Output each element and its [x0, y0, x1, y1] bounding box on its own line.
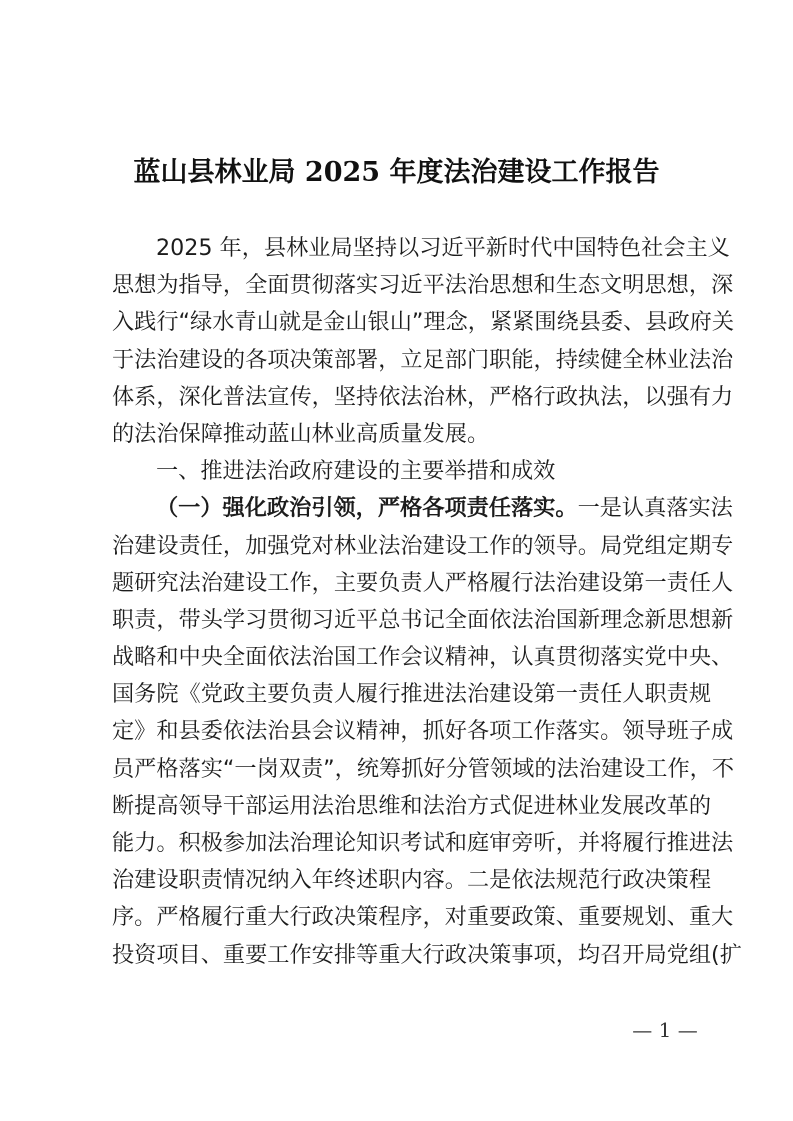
body-line: 国务院《党政主要负责人履行推进法治建设第一责任人职责规 — [112, 676, 692, 713]
subsection-heading: （一）强化政治引领，严格各项责任落实。 — [156, 495, 578, 521]
subsection-first-line-rest: 一是认真落实法 — [578, 495, 733, 521]
intro-line: 入践行“绿水青山就是金山银山”理念，紧紧围绕县委、县政府关 — [112, 304, 692, 341]
subsection-first-line: （一）强化政治引领，严格各项责任落实。一是认真落实法 — [112, 490, 692, 527]
document-body: 2025 年，县林业局坚持以习近平新时代中国特色社会主义 思想为指导，全面贯彻落… — [112, 230, 692, 974]
body-line: 战略和中央全面依法治国工作会议精神，认真贯彻落实党中央、 — [112, 639, 692, 676]
body-line: 能力。积极参加法治理论知识考试和庭审旁听，并将履行推进法 — [112, 825, 692, 862]
body-line: 员严格落实“一岗双责”，统筹抓好分管领域的法治建设工作，不 — [112, 751, 692, 788]
body-line: 题研究法治建设工作，主要负责人严格履行法治建设第一责任人 — [112, 565, 692, 602]
intro-line: 于法治建设的各项决策部署，立足部门职能，持续健全林业法治 — [112, 342, 692, 379]
intro-line: 的法治保障推动蓝山林业高质量发展。 — [112, 416, 692, 453]
body-line: 序。严格履行重大行政决策程序，对重要政策、重要规划、重大 — [112, 899, 692, 936]
intro-line: 体系，深化普法宣传，坚持依法治林，严格行政执法，以强有力 — [112, 379, 692, 416]
body-line: 定》和县委依法治县会议精神，抓好各项工作落实。领导班子成 — [112, 713, 692, 750]
body-line: 投资项目、重要工作安排等重大行政决策事项，均召开局党组(扩 — [112, 937, 692, 974]
body-line: 职责，带头学习贯彻习近平总书记全面依法治国新理念新思想新 — [112, 602, 692, 639]
section-heading: 一、推进法治政府建设的主要举措和成效 — [112, 453, 692, 490]
body-line: 治建设责任，加强党对林业法治建设工作的领导。局党组定期专 — [112, 528, 692, 565]
document-page: 蓝山县林业局 2025 年度法治建设工作报告 2025 年，县林业局坚持以习近平… — [0, 0, 793, 1121]
page-number: — 1 — — [620, 1018, 710, 1042]
body-line: 断提高领导干部运用法治思维和法治方式促进林业发展改革的 — [112, 788, 692, 825]
document-title: 蓝山县林业局 2025 年度法治建设工作报告 — [0, 150, 793, 189]
intro-line: 思想为指导，全面贯彻落实习近平法治思想和生态文明思想，深 — [112, 267, 692, 304]
body-line: 治建设职责情况纳入年终述职内容。二是依法规范行政决策程 — [112, 862, 692, 899]
intro-line: 2025 年，县林业局坚持以习近平新时代中国特色社会主义 — [112, 230, 692, 267]
